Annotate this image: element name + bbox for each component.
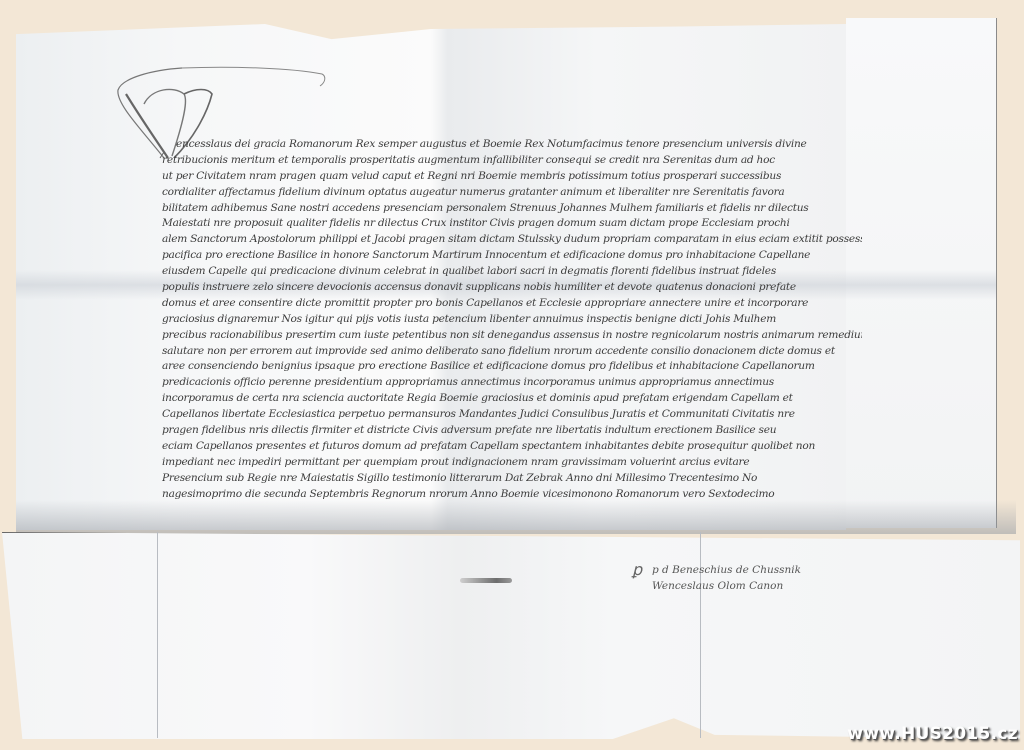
text-line: bilitatem adhibemus Sane nostri accedens… <box>162 201 862 217</box>
text-line: populis instruere zelo sincere devocioni… <box>162 280 862 296</box>
text-line: pacifica pro erectione Basilice in honor… <box>162 248 862 264</box>
chancery-note-line: Wenceslaus Olom Canon <box>638 578 828 594</box>
parchment-plica-fold <box>2 532 1020 739</box>
text-line: impediant nec impediri permittant per qu… <box>162 455 862 471</box>
text-line: Maiestati nre proposuit qualiter fidelis… <box>162 216 862 232</box>
text-line: domus et aree consentire dicte promittit… <box>162 296 862 312</box>
text-line: graciosius dignaremur Nos igitur qui pij… <box>162 312 862 328</box>
text-line: incorporamus de certa nra sciencia aucto… <box>162 391 862 407</box>
text-line: salutare non per errorem aut improvide s… <box>162 344 862 360</box>
text-line: Presencium sub Regie nre Maiestatis Sigi… <box>162 471 862 487</box>
charter-text: encesslaus dei gracia Romanorum Rex semp… <box>162 137 862 502</box>
text-line: eiusdem Capelle qui predicacione divinum… <box>162 264 862 280</box>
notarial-mark-icon: ꝑ <box>632 562 642 578</box>
text-line: alem Sanctorum Apostolorum philippi et J… <box>162 232 862 248</box>
text-line: encesslaus dei gracia Romanorum Rex semp… <box>162 137 862 153</box>
text-line: eciam Capellanos presentes et futuros do… <box>162 439 862 455</box>
text-line: Capellanos libertate Ecclesiastica perpe… <box>162 407 862 423</box>
text-line: cordialiter affectamus fidelium divinum … <box>162 185 862 201</box>
text-line: nagesimoprimo die secunda Septembris Reg… <box>162 487 862 503</box>
text-line: aree consenciendo benignius ipsaque pro … <box>162 359 862 375</box>
text-line: ut per Civitatem nram pragen quam velud … <box>162 169 862 185</box>
chancery-note-line: p d Beneschius de Chussnik <box>638 562 828 578</box>
fold-shadow <box>16 500 1016 534</box>
text-line: retribucionis meritum et temporalis pros… <box>162 153 862 169</box>
text-line: precibus racionabilibus presertim cum iu… <box>162 328 862 344</box>
seal-slit <box>460 578 512 583</box>
text-line: pragen fidelibus nris dilectis firmiter … <box>162 423 862 439</box>
watermark: www.HUS2015.cz <box>847 724 1018 744</box>
text-line: predicacionis officio perenne presidenti… <box>162 375 862 391</box>
fold-crease-vertical-left <box>157 532 158 738</box>
chancery-note: ꝑ p d Beneschius de Chussnik Wenceslaus … <box>638 562 828 594</box>
